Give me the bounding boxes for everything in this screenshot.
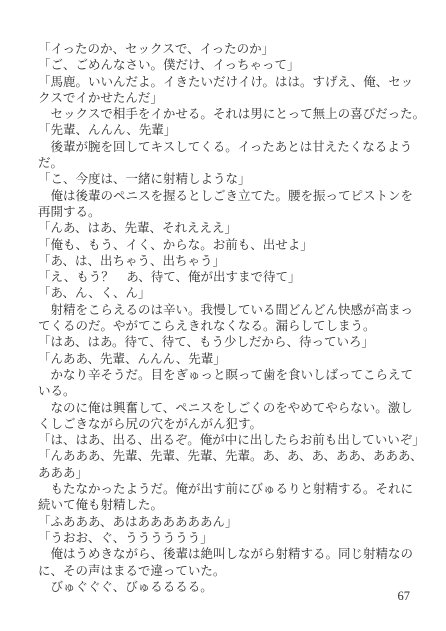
text-line: てくるのだ。やがてこらえきれなくなる。漏らしてしまう。 <box>38 318 430 334</box>
text-line: 「んあ、はあ、先輩、それえええ」 <box>38 220 430 236</box>
text-line: 後輩が腕を回してキスしてくる。イったあとは甘えたくなるよう <box>38 139 430 155</box>
text-line: かなり辛そうだ。目をぎゅっと瞑って歯を食いしばってこらえて <box>38 367 430 383</box>
text-line: 「俺も、もう、イく、からな。お前も、出せよ」 <box>38 237 430 253</box>
text-line: 俺はうめきながら、後輩は絶叫しながら射精する。同じ射精なの <box>38 546 430 562</box>
text-line: 射精をこらえるのは辛い。我慢している間どんどん快感が高まっ <box>38 302 430 318</box>
text-line: もたなかったようだ。俺が出す前にびゅるりと射精する。それに <box>38 481 430 497</box>
text-line: 「はあ、はあ。待て、待て、もう少しだから、待っていろ」 <box>38 334 430 350</box>
text-line: 「馬鹿。いいんだよ。イきたいだけイけ。はは。すげえ、俺、セッ <box>38 74 430 90</box>
text-line: 「イったのか、セックスで、イったのか」 <box>38 41 430 57</box>
text-line: 「え、もう？ あ、待て、俺が出すまで待て」 <box>38 269 430 285</box>
text-line: いる。 <box>38 383 430 399</box>
text-line: 続いて俺も射精した。 <box>38 497 430 513</box>
text-line: 「ご、ごめんなさい。僕だけ、イっちゃって」 <box>38 57 430 73</box>
text-line: 「こ、今度は、一緒に射精しような」 <box>38 171 430 187</box>
text-line: 「先輩、んんん、先輩」 <box>38 122 430 138</box>
text-line: 「ふあああ、あはああああああん」 <box>38 514 430 530</box>
text-line: 「あ、は、出ちゃう、出ちゃう」 <box>38 253 430 269</box>
text-line: 「うおお、ぐ、うううううう」 <box>38 530 430 546</box>
text-line: 俺は後輩のペニスを握るとしごき立てた。腰を振ってピストンを <box>38 188 430 204</box>
text-line: 「あ、ん、く、ん」 <box>38 285 430 301</box>
text-line: あああ」 <box>38 465 430 481</box>
text-line: 再開する。 <box>38 204 430 220</box>
text-line: くしごきながら尻の穴をがんがん犯す。 <box>38 416 430 432</box>
document-page: 「イったのか、セックスで、イったのか」 「ご、ごめんなさい。僕だけ、イっちゃって… <box>0 0 446 631</box>
text-line: クスでイかせたんだ」 <box>38 90 430 106</box>
text-line: なのに俺は興奮して、ペニスをしごくのをやめてやらない。激し <box>38 400 430 416</box>
text-line: 「んああ、先輩、んんん、先輩」 <box>38 351 430 367</box>
text-line: セックスで相手をイかせる。それは男にとって無上の喜びだった。 <box>38 106 430 122</box>
text-line: だ。 <box>38 155 430 171</box>
text-block: 「イったのか、セックスで、イったのか」 「ご、ごめんなさい。僕だけ、イっちゃって… <box>38 41 430 595</box>
text-line: 「は、はあ、出る、出るぞ。俺が中に出したらお前も出していいぞ」 <box>38 432 430 448</box>
text-line: びゅぐぐぐ、びゅるるるる。 <box>38 579 430 595</box>
text-line: 「んあああ、先輩、先輩、先輩、先輩。あ、あ、あ、ああ、あああ、 <box>38 448 430 464</box>
text-line: に、その声はまるで違っていた。 <box>38 563 430 579</box>
page-number: 67 <box>398 589 411 604</box>
